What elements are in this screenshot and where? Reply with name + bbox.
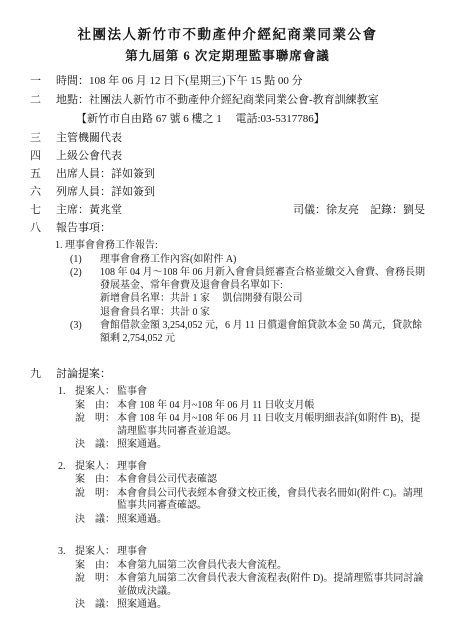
proposal-case-row: 案 由： 本會 108 年 04 月~108 年 06 月 11 日收支月帳	[30, 400, 425, 413]
report-section: 1. 理事會會務工作報告: (1) 理事會會務工作內容(如附件 A) (2) 1…	[30, 240, 425, 345]
desc-text: 本會會員公司代表經本會發文校正後，會員代表名冊如(附件 C)。請理監事共同審查確…	[117, 488, 425, 513]
attendees-text: 出席人員：詳如簽到	[56, 168, 425, 181]
report-item-marker: (2)	[70, 267, 100, 292]
desc-text: 本會 108 年 04 月~108 年 06 月 11 日收支月帳明細表詳(如附…	[117, 413, 425, 438]
case-text: 本會會員公司代表確認	[117, 474, 425, 487]
desc-text: 本會第九屆第二次會員代表大會流程表(附件 D)。提請理監事共同討論並做成決議。	[117, 573, 425, 598]
desc-label: 說 明：	[75, 413, 117, 438]
meeting-time: 時間：108 年 06 月 12 日下(星期三)下午 15 點 00 分	[56, 75, 425, 88]
meta-row-proposals-heading: 九 討論提案：	[30, 368, 425, 381]
proposal-index: 1.	[58, 386, 75, 399]
parent-association-rep-label: 上級公會代表	[56, 150, 425, 163]
item-number: 三	[30, 132, 56, 145]
proposer-name: 理事會	[117, 461, 425, 474]
report-item-marker: (1)	[70, 254, 100, 267]
proposal-index: 3.	[58, 546, 75, 559]
doc-subtitle: 第九屆第 6 次定期理監事聯席會議	[30, 49, 425, 64]
resolution-text: 照案通過。	[117, 439, 425, 452]
case-label: 案 由：	[75, 474, 117, 487]
meeting-location: 地點：社團法人新竹市不動產仲介經紀商業同業公會-教育訓練教室	[56, 94, 425, 107]
resolution-text: 照案通過。	[117, 599, 425, 612]
meta-row-authority-rep: 三 主管機關代表	[30, 132, 425, 145]
proposal-case-row: 案 由： 本會會員公司代表確認	[30, 474, 425, 487]
proposal-desc-row: 說 明： 本會 108 年 04 月~108 年 06 月 11 日收支月帳明細…	[30, 413, 425, 438]
meta-row-observers: 六 列席人員：詳如簽到	[30, 186, 425, 199]
meta-row-parent-association-rep: 四 上級公會代表	[30, 150, 425, 163]
item-number: 二	[30, 94, 56, 107]
proposer-label: 提案人：	[75, 386, 117, 399]
proposal-case-row: 案 由： 本會第九屆第二次會員代表大會流程。	[30, 560, 425, 573]
item-number: 一	[30, 75, 56, 88]
report-work-heading: 1. 理事會會務工作報告:	[30, 240, 425, 253]
report-item-3: (3) 會館借款金額 3,254,052 元，6 月 11 日償還會館貸款本金 …	[30, 320, 425, 345]
proposal-resolution-row: 決 議： 照案通過。	[30, 439, 425, 452]
desc-label: 說 明：	[75, 488, 117, 513]
new-member-line: 新增會員名單：共計 1 家 凱信開發有限公司	[30, 293, 425, 306]
location-address-note: 【新竹市自由路 67 號 6 樓之 1 電話:03-5317786】	[30, 113, 425, 126]
item-number: 四	[30, 150, 56, 163]
item-number: 八	[30, 222, 56, 235]
report-item-text: 會館借款金額 3,254,052 元，6 月 11 日償還會館貸款本金 50 萬…	[100, 320, 425, 345]
resolution-label: 決 議：	[75, 514, 117, 527]
proposer-name: 監事會	[117, 386, 425, 399]
proposer-label: 提案人：	[75, 546, 117, 559]
case-label: 案 由：	[75, 560, 117, 573]
resolution-label: 決 議：	[75, 439, 117, 452]
item-number: 七	[30, 204, 56, 217]
proposal-resolution-row: 決 議： 照案通過。	[30, 599, 425, 612]
report-item-text: 108 年 04 月～108 年 06 月新入會會員經審查合格並繳交入會費、會務…	[100, 267, 425, 292]
report-item-marker: (3)	[70, 320, 100, 345]
case-label: 案 由：	[75, 400, 117, 413]
withdrawn-member-line: 退會會員名單：共計 0 家	[30, 307, 425, 320]
proposal-block-3: 3. 提案人： 理事會 案 由： 本會第九屆第二次會員代表大會流程。 說 明： …	[30, 546, 425, 612]
proposal-resolution-row: 決 議： 照案通過。	[30, 514, 425, 527]
chairman-name: 主席：黃兆堂	[56, 204, 293, 217]
meta-row-reports-heading: 八 報告事項：	[30, 222, 425, 235]
meta-row-time: 一 時間：108 年 06 月 12 日下(星期三)下午 15 點 00 分	[30, 75, 425, 88]
report-item-text: 理事會會務工作內容(如附件 A)	[100, 254, 425, 267]
document-page: 社團法人新竹市不動產仲介經紀商業同業公會 第九屆第 6 次定期理監事聯席會議 一…	[0, 0, 452, 640]
proposal-desc-row: 說 明： 本會第九屆第二次會員代表大會流程表(附件 D)。提請理監事共同討論並做…	[30, 573, 425, 598]
proposals-heading: 討論提案：	[56, 368, 425, 381]
authority-rep-label: 主管機關代表	[56, 132, 425, 145]
proposal-proposer-row: 1. 提案人： 監事會	[30, 386, 425, 399]
doc-title: 社團法人新竹市不動產仲介經紀商業同業公會	[30, 27, 425, 43]
proposal-block-2: 2. 提案人： 理事會 案 由： 本會會員公司代表確認 說 明： 本會會員公司代…	[30, 461, 425, 527]
proposer-name: 理事會	[117, 546, 425, 559]
resolution-label: 決 議：	[75, 599, 117, 612]
proposal-proposer-row: 3. 提案人： 理事會	[30, 546, 425, 559]
proposal-block-1: 1. 提案人： 監事會 案 由： 本會 108 年 04 月~108 年 06 …	[30, 386, 425, 452]
observers-text: 列席人員：詳如簽到	[56, 186, 425, 199]
meta-row-location: 二 地點：社團法人新竹市不動產仲介經紀商業同業公會-教育訓練教室	[30, 94, 425, 107]
item-number: 五	[30, 168, 56, 181]
meta-row-chairman: 七 主席：黃兆堂 司儀：徐友亮 記錄：劉旻	[30, 204, 425, 217]
item-number: 九	[30, 368, 56, 381]
item-number: 六	[30, 186, 56, 199]
proposal-proposer-row: 2. 提案人： 理事會	[30, 461, 425, 474]
report-item-2: (2) 108 年 04 月～108 年 06 月新入會會員經審查合格並繳交入會…	[30, 267, 425, 292]
case-text: 本會第九屆第二次會員代表大會流程。	[117, 560, 425, 573]
proposal-desc-row: 說 明： 本會會員公司代表經本會發文校正後，會員代表名冊如(附件 C)。請理監事…	[30, 488, 425, 513]
proposer-label: 提案人：	[75, 461, 117, 474]
case-text: 本會 108 年 04 月~108 年 06 月 11 日收支月帳	[117, 400, 425, 413]
emcee-and-recorder: 司儀：徐友亮 記錄：劉旻	[293, 204, 425, 217]
reports-heading: 報告事項：	[56, 222, 425, 235]
resolution-text: 照案通過。	[117, 514, 425, 527]
proposal-index: 2.	[58, 461, 75, 474]
meta-row-attendees: 五 出席人員：詳如簽到	[30, 168, 425, 181]
report-item-1: (1) 理事會會務工作內容(如附件 A)	[30, 254, 425, 267]
desc-label: 說 明：	[75, 573, 117, 598]
